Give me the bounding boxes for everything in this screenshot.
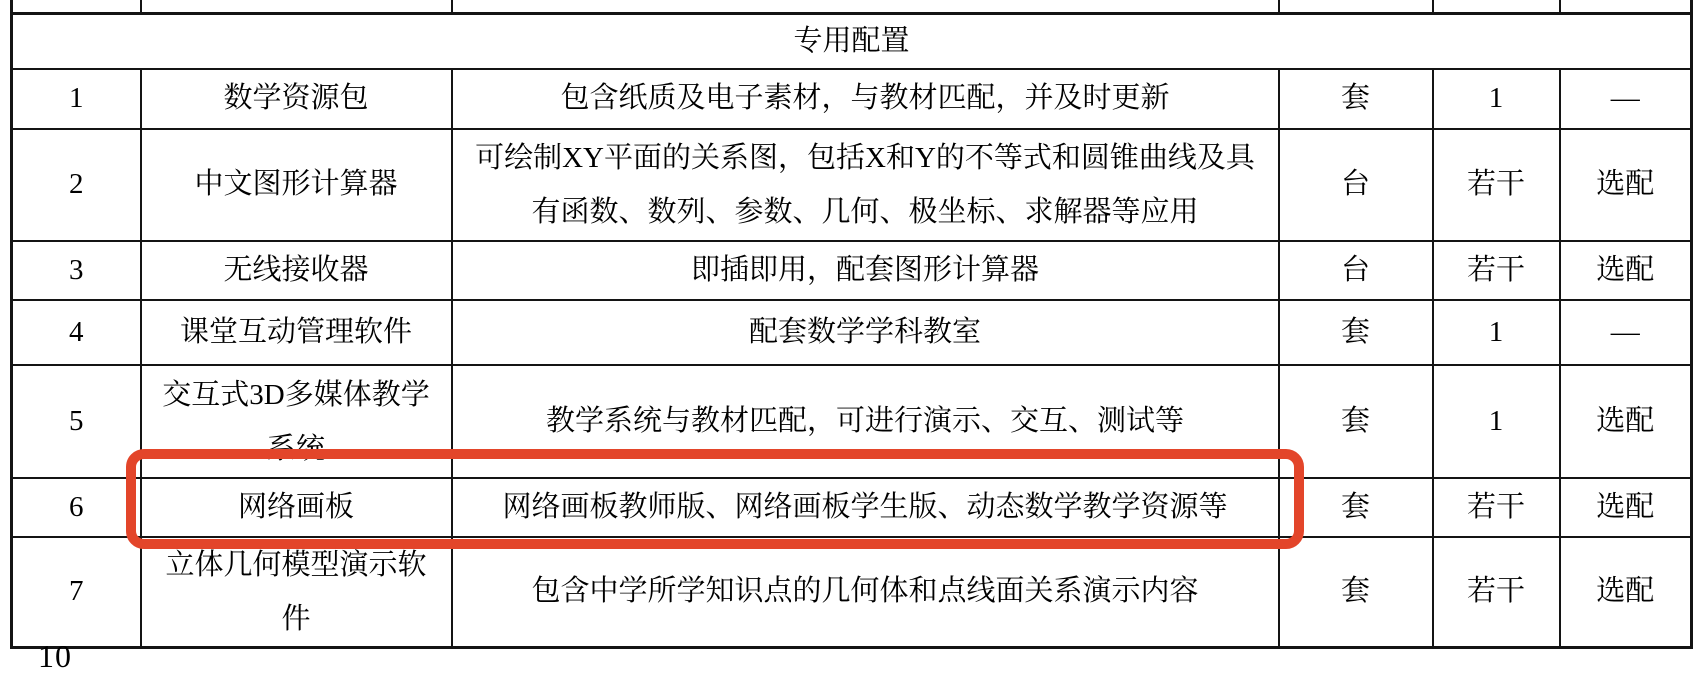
cell-no: 3 (12, 241, 141, 300)
cell-no: 2 (12, 129, 141, 241)
cell-unit: 套 (1279, 365, 1433, 478)
cell-no: 5 (12, 365, 141, 478)
cutoff-cell (1560, 0, 1692, 14)
cell-name: 网络画板 (141, 478, 452, 537)
cell-remark: — (1560, 300, 1692, 365)
cell-qty: 1 (1433, 365, 1560, 478)
cell-remark: 选配 (1560, 478, 1692, 537)
cutoff-cell (452, 0, 1279, 14)
cell-unit: 套 (1279, 69, 1433, 129)
table-row: 1 数学资源包 包含纸质及电子素材，与教材匹配，并及时更新 套 1 — (12, 69, 1692, 129)
name-line: 立体几何模型演示软 (146, 538, 447, 592)
section-header: 专用配置 (12, 14, 1692, 70)
cell-remark: 选配 (1560, 129, 1692, 241)
cutoff-row (12, 0, 1692, 14)
cell-remark: 选配 (1560, 365, 1692, 478)
cell-qty: 若干 (1433, 537, 1560, 648)
desc-line: 有函数、数列、参数、几何、极坐标、求解器等应用 (457, 185, 1274, 239)
cell-name: 中文图形计算器 (141, 129, 452, 241)
cell-no: 4 (12, 300, 141, 365)
cell-no: 1 (12, 69, 141, 129)
document-page: 专用配置 1 数学资源包 包含纸质及电子素材，与教材匹配，并及时更新 套 1 —… (0, 0, 1700, 686)
cell-desc: 可绘制XY平面的关系图，包括X和Y的不等式和圆锥曲线及具 有函数、数列、参数、几… (452, 129, 1279, 241)
name-line: 件 (146, 592, 447, 646)
cell-qty: 若干 (1433, 241, 1560, 300)
cutoff-cell (12, 0, 141, 14)
cell-remark: 选配 (1560, 241, 1692, 300)
cell-name: 数学资源包 (141, 69, 452, 129)
cell-remark: 选配 (1560, 537, 1692, 648)
name-line: 系统 (146, 422, 447, 476)
cell-unit: 台 (1279, 241, 1433, 300)
cell-qty: 若干 (1433, 478, 1560, 537)
cell-no: 6 (12, 478, 141, 537)
equipment-config-table: 专用配置 1 数学资源包 包含纸质及电子素材，与教材匹配，并及时更新 套 1 —… (10, 0, 1693, 649)
cell-desc: 教学系统与教材匹配，可进行演示、交互、测试等 (452, 365, 1279, 478)
name-line: 交互式3D多媒体教学 (146, 368, 447, 422)
cell-name: 无线接收器 (141, 241, 452, 300)
cell-unit: 台 (1279, 129, 1433, 241)
cell-unit: 套 (1279, 478, 1433, 537)
cell-unit: 套 (1279, 537, 1433, 648)
cell-desc: 配套数学学科教室 (452, 300, 1279, 365)
cutoff-cell (1279, 0, 1433, 14)
cell-desc: 包含中学所学知识点的几何体和点线面关系演示内容 (452, 537, 1279, 648)
cutoff-cell (1433, 0, 1560, 14)
cell-desc: 即插即用，配套图形计算器 (452, 241, 1279, 300)
section-header-row: 专用配置 (12, 14, 1692, 70)
cell-no: 7 (12, 537, 141, 648)
cell-unit: 套 (1279, 300, 1433, 365)
table-row: 5 交互式3D多媒体教学 系统 教学系统与教材匹配，可进行演示、交互、测试等 套… (12, 365, 1692, 478)
table-row: 4 课堂互动管理软件 配套数学学科教室 套 1 — (12, 300, 1692, 365)
cell-qty: 1 (1433, 300, 1560, 365)
cell-name: 立体几何模型演示软 件 (141, 537, 452, 648)
cutoff-cell (141, 0, 452, 14)
cell-qty: 若干 (1433, 129, 1560, 241)
table-row: 3 无线接收器 即插即用，配套图形计算器 台 若干 选配 (12, 241, 1692, 300)
table-row: 7 立体几何模型演示软 件 包含中学所学知识点的几何体和点线面关系演示内容 套 … (12, 537, 1692, 648)
table-row: 2 中文图形计算器 可绘制XY平面的关系图，包括X和Y的不等式和圆锥曲线及具 有… (12, 129, 1692, 241)
cell-desc: 包含纸质及电子素材，与教材匹配，并及时更新 (452, 69, 1279, 129)
table-row-highlighted: 6 网络画板 网络画板教师版、网络画板学生版、动态数学教学资源等 套 若干 选配 (12, 478, 1692, 537)
cell-name: 交互式3D多媒体教学 系统 (141, 365, 452, 478)
cell-remark: — (1560, 69, 1692, 129)
desc-line: 可绘制XY平面的关系图，包括X和Y的不等式和圆锥曲线及具 (457, 131, 1274, 185)
cell-qty: 1 (1433, 69, 1560, 129)
cell-desc: 网络画板教师版、网络画板学生版、动态数学教学资源等 (452, 478, 1279, 537)
cell-name: 课堂互动管理软件 (141, 300, 452, 365)
page-number: 10 (38, 638, 72, 675)
